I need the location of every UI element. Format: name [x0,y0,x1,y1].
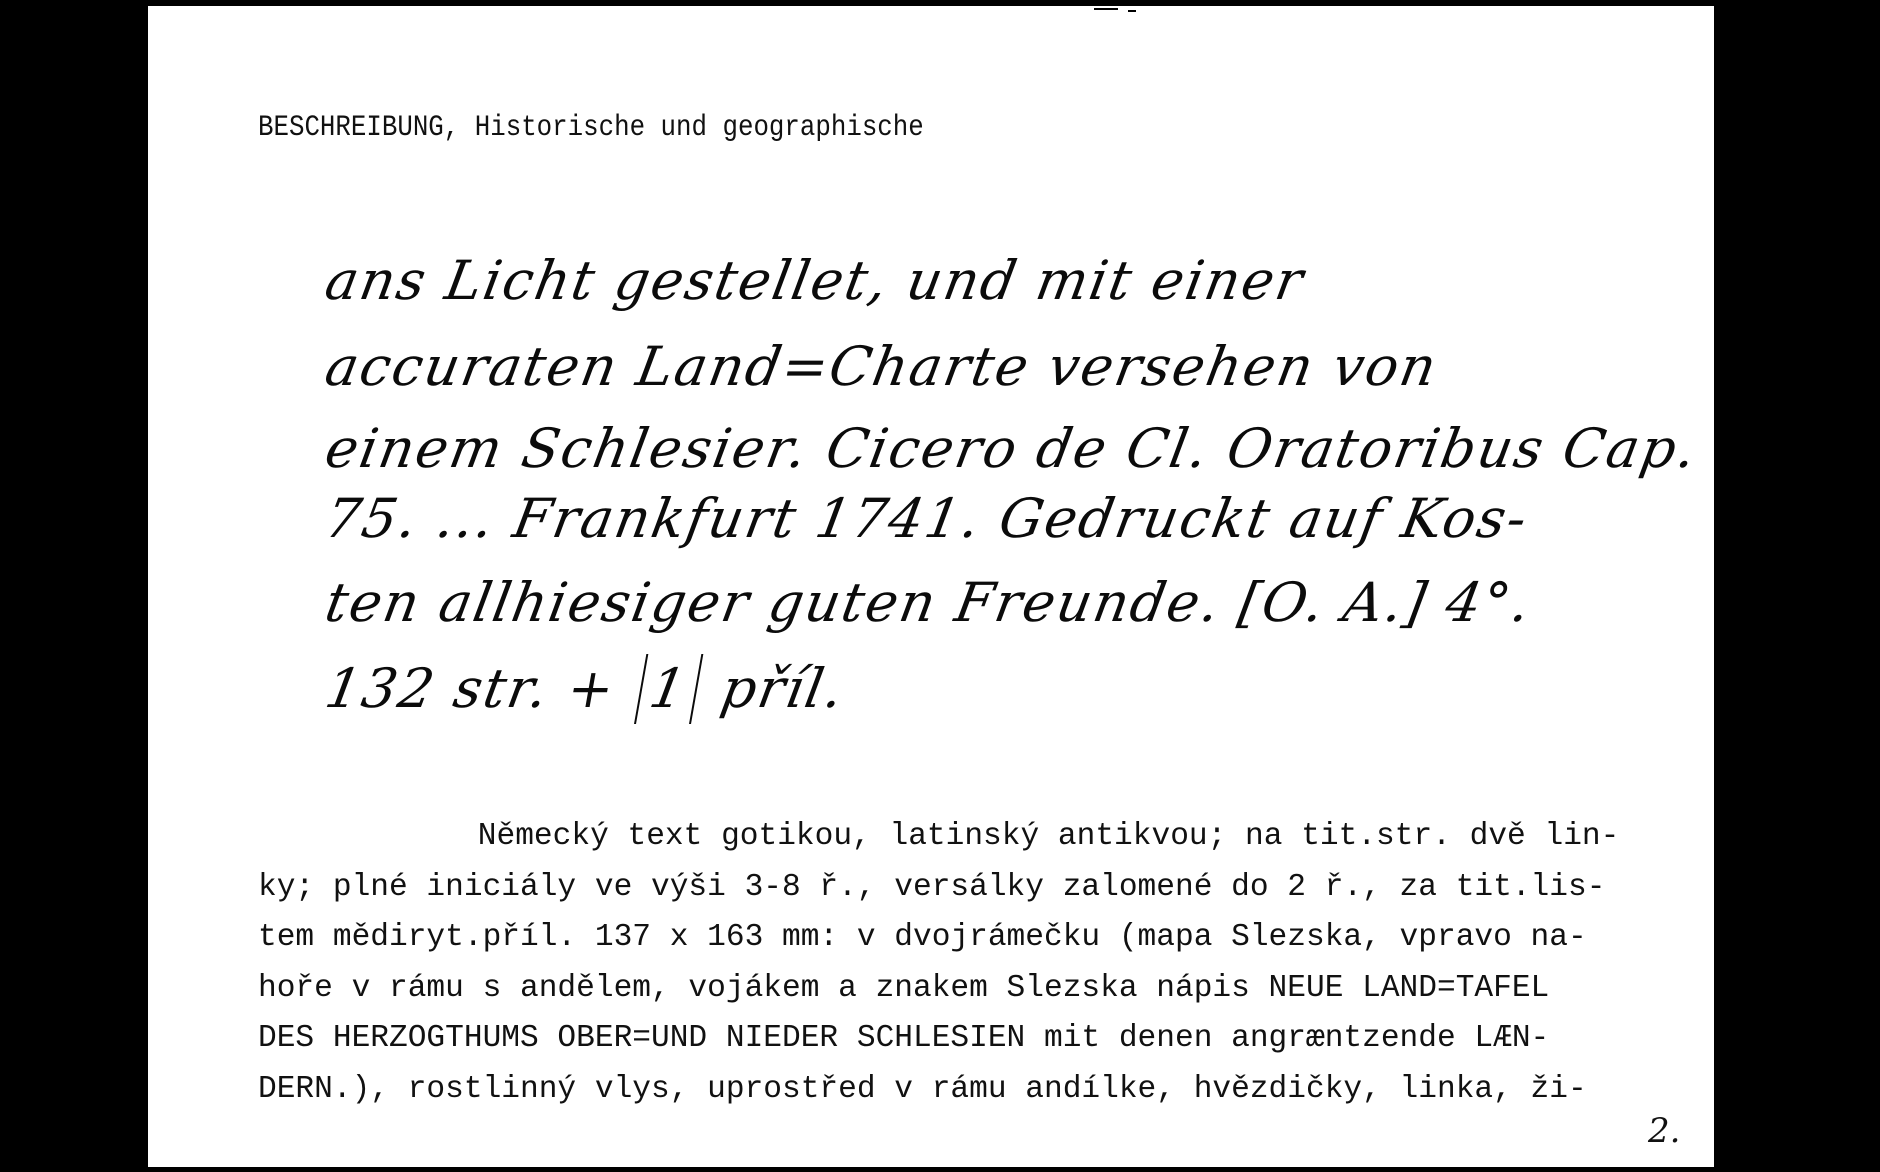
typed-line: DES HERZOGTHUMS OBER=UND NIEDER SCHLESIE… [258,1014,1664,1065]
typed-line: DERN.), rostlinný vlys, uprostřed v rámu… [258,1065,1664,1116]
handwritten-line: einem Schlesier. Cicero de Cl. Oratoribu… [320,414,1703,484]
typed-line: tem mědiryt.příl. 137 x 163 mm: v dvojrá… [258,913,1664,964]
page-count: 132 str. + [321,657,621,720]
scan-noise-mark [1128,10,1136,12]
plate-label: příl. [717,657,850,720]
handwritten-line: 75. ... Frankfurt 1741. Gedruckt auf Kos… [320,484,1534,554]
folio-number: 2. [1648,1111,1680,1151]
bracketed-plate-count: 1 [634,654,703,724]
handwritten-line: ten allhiesiger guten Freunde. [O. A.] 4… [320,568,1537,638]
typed-line: Německý text gotikou, latinský antikvou;… [258,812,1664,863]
typed-description: Německý text gotikou, latinský antikvou;… [258,812,1678,1115]
handwritten-line-pagination: 132 str. + 1 příl. [320,654,850,724]
typed-line: hoře v rámu s andělem, vojákem a znakem … [258,964,1664,1015]
scan-noise-mark [1094,8,1118,10]
handwritten-line: ans Licht gestellet, und mit einer [320,246,1310,316]
card-heading: BESCHREIBUNG, Historische und geographis… [258,110,924,146]
catalog-card-page: BESCHREIBUNG, Historische und geographis… [148,6,1714,1167]
typed-line: ky; plné iniciály ve výši 3-8 ř., versál… [258,863,1664,914]
handwritten-line: accuraten Land=Charte versehen von [320,332,1443,402]
